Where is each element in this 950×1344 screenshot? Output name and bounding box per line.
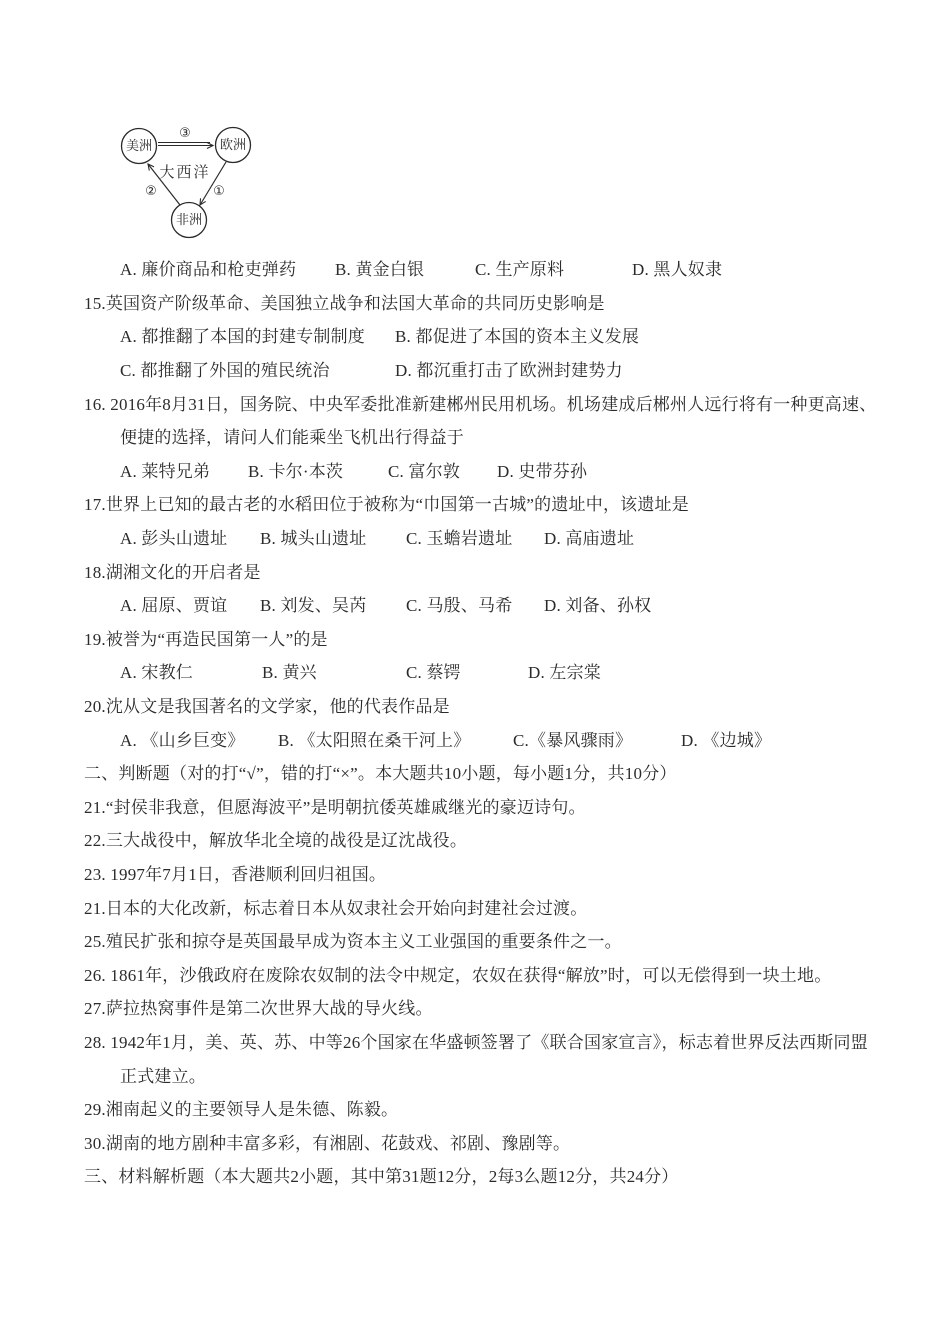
question-19-stem: 19.被誉为“再造民国第一人”的是 [84,621,926,655]
question-22-text: 22.三大战役中，解放华北全境的战役是辽沈战役。 [84,822,926,856]
question-27-text: 27.萨拉热窝事件是第二次世界大战的导火线。 [84,990,926,1024]
question-15-options-row2: C. 都推翻了外国的殖民统治 D. 都沉重打击了欧洲封建势力 [84,352,926,386]
section-2-header: 二、判断题（对的打“√”，错的打“×”。本大题共10小题，每小题1分，共10分） [84,755,926,789]
arrow-americas-to-europe [158,143,213,146]
question-18-option-a: A. 屈原、贾谊 [120,591,260,616]
question-20-option-c: C.《暴风骤雨》 [513,726,681,751]
question-18-option-b: B. 刘发、吴芮 [260,591,406,616]
node-africa-label: 非洲 [176,212,202,227]
question-14-option-c: C. 生产原料 [475,255,632,280]
triangular-trade-diagram: 美洲 欧洲 非洲 ③ 大西洋 ② ① [88,108,298,258]
question-15-option-c: C. 都推翻了外国的殖民统治 [120,356,395,381]
question-24-text: 21.日本的大化改新，标志着日本从奴隶社会开始向封建社会过渡。 [84,889,926,923]
question-20-stem: 20.沈从文是我国著名的文学家，他的代表作品是 [84,688,926,722]
node-europe-label: 欧洲 [220,137,246,152]
question-16-option-a: A. 莱特兄弟 [120,457,248,482]
question-17-option-d: D. 高庙遗址 [544,524,634,549]
question-17-option-c: C. 玉蟾岩遗址 [406,524,544,549]
question-15-options-row1: A. 都推翻了本国的封建专制制度 B. 都促进了本国的资本主义发展 [84,318,926,352]
question-16-stem-line2: 便捷的选择，请问人们能乘坐飞机出行得益于 [84,419,926,453]
question-15-option-a: A. 都推翻了本国的封建专制制度 [120,322,395,347]
question-16-options: A. 莱特兄弟 B. 卡尔·本茨 C. 富尔敦 D. 史带芬孙 [84,453,926,487]
question-23-text: 23. 1997年7月1日，香港顺利回归祖国。 [84,856,926,890]
question-18-option-d: D. 刘备、孙权 [544,591,651,616]
question-28-text-line1: 28. 1942年1月，美、英、苏、中等26个国家在华盛顿签署了《联合国家宣言》… [84,1024,926,1058]
question-15-option-b: B. 都促进了本国的资本主义发展 [395,322,639,347]
question-29-text: 29.湘南起义的主要领导人是朱德、陈毅。 [84,1091,926,1125]
question-25-text: 25.殖民扩张和掠夺是英国最早成为资本主义工业强国的重要条件之一。 [84,923,926,957]
question-14-options: A. 廉价商品和枪吏弹药 B. 黄金白银 C. 生产原料 D. 黑人奴隶 [84,251,926,285]
question-17-option-a: A. 彭头山遗址 [120,524,260,549]
question-18-option-c: C. 马殷、马希 [406,591,544,616]
question-19-option-c: C. 蔡锷 [406,658,528,683]
question-30-text: 30.湖南的地方剧种丰富多彩，有湘剧、花鼓戏、祁剧、豫剧等。 [84,1124,926,1158]
question-18-options: A. 屈原、贾谊 B. 刘发、吴芮 C. 马殷、马希 D. 刘备、孙权 [84,587,926,621]
question-18-stem: 18.湖湘文化的开启者是 [84,553,926,587]
question-26-text: 26. 1861年，沙俄政府在废除农奴制的法令中规定，农奴在获得“解放”时，可以… [84,956,926,990]
question-14-option-a: A. 廉价商品和枪吏弹药 [120,255,335,280]
question-19-option-b: B. 黄兴 [262,658,406,683]
arrow2-label: ② [145,184,157,199]
exam-page: 美洲 欧洲 非洲 ③ 大西洋 ② ① A. 廉价商品和枪吏弹药 B. 黄金白银 … [0,0,950,1344]
question-28-text-line2: 正式建立。 [84,1057,926,1091]
question-17-options: A. 彭头山遗址 B. 城头山遗址 C. 玉蟾岩遗址 D. 高庙遗址 [84,520,926,554]
question-15-stem: 15.英国资产阶级革命、美国独立战争和法国大革命的共同历史影响是 [84,285,926,319]
arrow1-label: ① [213,184,225,199]
ocean-label: 大西洋 [159,164,210,181]
question-16-option-c: C. 富尔敦 [388,457,497,482]
question-16-option-b: B. 卡尔·本茨 [248,457,388,482]
question-19-option-d: D. 左宗棠 [528,658,601,683]
question-14-option-b: B. 黄金白银 [335,255,475,280]
question-19-option-a: A. 宋教仁 [120,658,262,683]
question-20-option-b: B. 《太阳照在桑干河上》 [278,726,513,751]
question-20-option-a: A. 《山乡巨变》 [120,726,278,751]
question-21-text: 21.“封侯非我意，但愿海波平”是明朝抗倭英雄戚继光的豪迈诗句。 [84,789,926,823]
question-20-option-d: D. 《边城》 [681,726,771,751]
question-19-options: A. 宋教仁 B. 黄兴 C. 蔡锷 D. 左宗棠 [84,654,926,688]
question-16-stem-line1: 16. 2016年8月31日，国务院、中央军委批准新建郴州民用机场。机场建成后郴… [84,385,926,419]
question-17-stem: 17.世界上已知的最古老的水稻田位于被称为“巾国第一古城”的遗址中，该遗址是 [84,486,926,520]
question-17-option-b: B. 城头山遗址 [260,524,406,549]
question-14-option-d: D. 黑人奴隶 [632,255,722,280]
arrow3-label: ③ [179,126,191,141]
node-americas-label: 美洲 [126,138,152,153]
section-3-header: 三、材料解析题（本大题共2小题，其中第31题12分，2每3么题12分，共24分） [84,1158,926,1192]
question-15-option-d: D. 都沉重打击了欧洲封建势力 [395,356,623,381]
question-20-options: A. 《山乡巨变》 B. 《太阳照在桑干河上》 C.《暴风骤雨》 D. 《边城》 [84,721,926,755]
question-16-option-d: D. 史带芬孙 [497,457,587,482]
exam-body: A. 廉价商品和枪吏弹药 B. 黄金白银 C. 生产原料 D. 黑人奴隶 15.… [84,251,926,1192]
